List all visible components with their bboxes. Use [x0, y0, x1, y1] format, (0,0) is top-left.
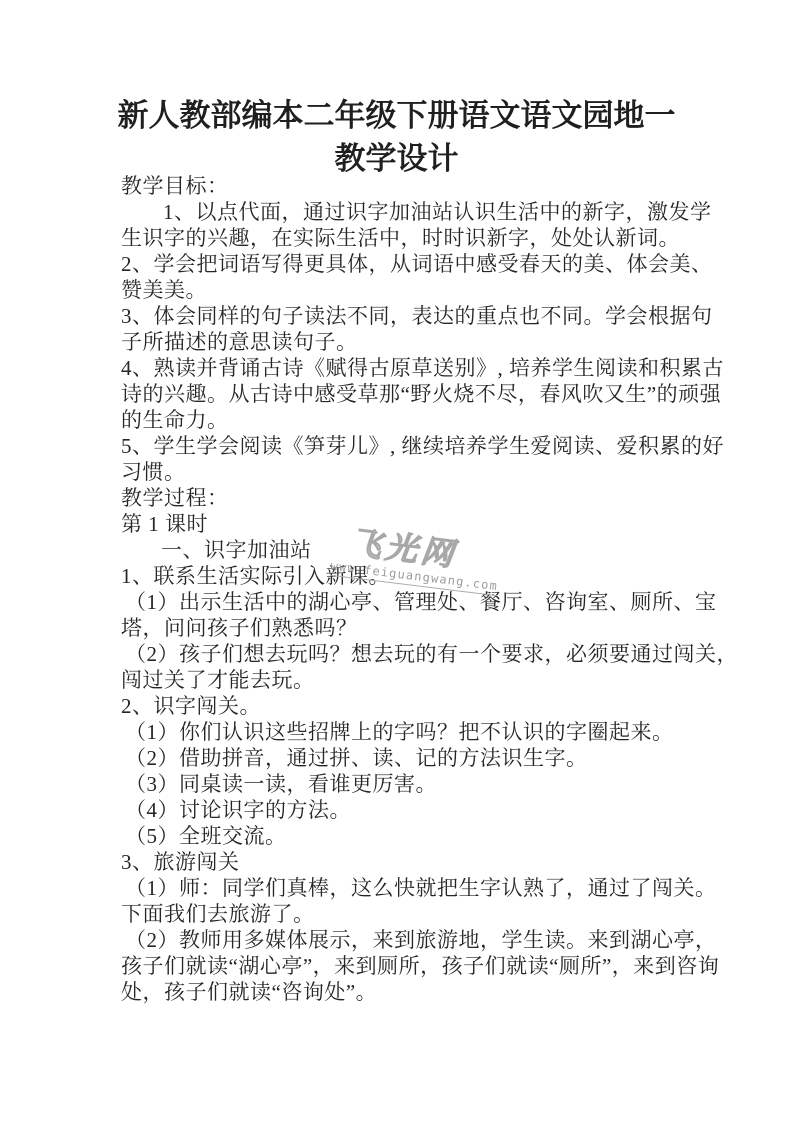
text-line: （1）你们认识这些招牌上的字吗？把不认识的字圈起来。 [121, 719, 687, 745]
text-line: 赞美美。 [121, 277, 687, 303]
document-title: 新人教部编本二年级下册语文语文园地一 教学设计 [0, 94, 793, 180]
document-body: 教学目标：1、以点代面，通过识字加油站认识生活中的新字，激发学生识字的兴趣，在实… [121, 173, 687, 1005]
text-line: 一、识字加油站 [121, 537, 687, 563]
text-line: （4）讨论识字的方法。 [121, 797, 687, 823]
text-line: （1）出示生活中的湖心亭、管理处、餐厅、咨询室、厕所、宝 [121, 589, 687, 615]
document-title-line-1: 新人教部编本二年级下册语文语文园地一 [0, 94, 793, 137]
text-line: （5）全班交流。 [121, 823, 687, 849]
text-line: 子所描述的意思读句子。 [121, 329, 687, 355]
text-line: 1、联系生活实际引入新课。 [121, 563, 687, 589]
text-line: 习惯。 [121, 459, 687, 485]
text-line: 教学过程： [121, 485, 687, 511]
text-line: 3、体会同样的句子读法不同，表达的重点也不同。学会根据句 [121, 303, 687, 329]
text-line: 生识字的兴趣，在实际生活中，时时识新字，处处认新词。 [121, 225, 687, 251]
text-line: 教学目标： [121, 173, 687, 199]
text-line: 下面我们去旅游了。 [121, 901, 687, 927]
text-line: 2、学会把词语写得更具体，从词语中感受春天的美、体会美、 [121, 251, 687, 277]
text-line: （2）教师用多媒体展示，来到旅游地，学生读。来到湖心亭， [121, 927, 687, 953]
text-line: （1）师：同学们真棒，这么快就把生字认熟了，通过了闯关。 [121, 875, 687, 901]
text-line: 5、学生学会阅读《笋芽儿》, 继续培养学生爱阅读、爱积累的好 [121, 433, 687, 459]
text-line: 3、旅游闯关 [121, 849, 687, 875]
text-line: 处，孩子们就读“咨询处”。 [121, 979, 687, 1005]
text-line: 1、以点代面，通过识字加油站认识生活中的新字，激发学 [121, 199, 687, 225]
document-page: 新人教部编本二年级下册语文语文园地一 教学设计 教学目标：1、以点代面，通过识字… [0, 0, 793, 1122]
text-line: 4、熟读并背诵古诗《赋得古原草送别》, 培养学生阅读和积累古 [121, 355, 687, 381]
text-line: 孩子们就读“湖心亭”，来到厕所，孩子们就读“厕所”，来到咨询 [121, 953, 687, 979]
text-line: （2）孩子们想去玩吗？想去玩的有一个要求，必须要通过闯关， [121, 641, 687, 667]
text-line: 的生命力。 [121, 407, 687, 433]
text-line: 塔，问问孩子们熟悉吗？ [121, 615, 687, 641]
text-line: 诗的兴趣。从古诗中感受草那“野火烧不尽，春风吹又生”的顽强 [121, 381, 687, 407]
text-line: 2、识字闯关。 [121, 693, 687, 719]
text-line: 第 1 课时 [121, 511, 687, 537]
text-line: （3）同桌读一读，看谁更厉害。 [121, 771, 687, 797]
text-line: （2）借助拼音，通过拼、读、记的方法识生字。 [121, 745, 687, 771]
text-line: 闯过关了才能去玩。 [121, 667, 687, 693]
